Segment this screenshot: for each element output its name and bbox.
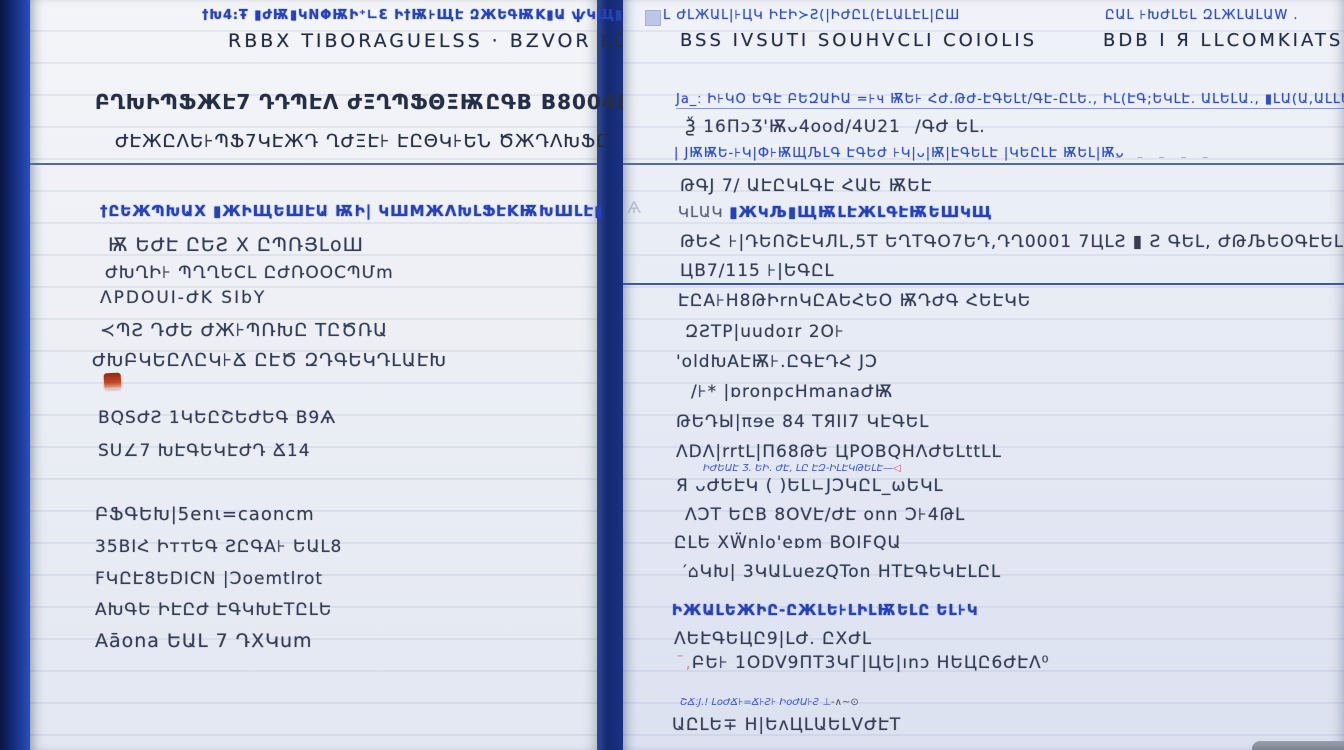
pen-sketch-arrow: -∧~⊙ (831, 697, 859, 708)
right-top-blue-left: Ⅼ ԺԼЖԱԼ|⊦ЦԿ ԻԷԻ≻Ƨ(|ԻԺԸԼ(ԷԼԱԼԷԼ|ԸШ (663, 8, 960, 23)
left-line-h: 35ΒΙՀ ԻттԵԳ ƧԸԳA⊦ ԵԱԼ8 (95, 537, 342, 557)
date-line-right: ∕ԳԺ ԵԼ. (915, 117, 986, 137)
date-line: Ѯ 16ПɔƷ'Ѭᴗ4ood/4U21 (685, 117, 901, 137)
right-para-k: ΛԵԷԳԵЦԸ9|ԼԺ. ԸΧԺԼ (674, 629, 872, 649)
handwritten-annotation-2: ՇՃ׃Ј.! ԼօԺՃ⊦=Ճ⊦Ƨ⊦ ԻօԺԱ⊦Ƨ ⊥-∧~⊙ (680, 697, 859, 708)
left-line-f: SU∠7 ԽԷԳԵԿԷԺԴ Ճ14 (98, 441, 311, 461)
hyperlink-line[interactable]: Ја_׃ Ի⊦ԿO ԵԳԷ ԲԵԶԱԻԱ =⊦ч ѬԵ⊦ ՀԺ.ԹԺ-ԷԳԵԼt… (676, 92, 1344, 107)
right-title-left: BSS IVSUTI SOUHVCLI COIOLIS (680, 30, 1037, 51)
hyperlink-text[interactable]: Ја_׃ Ի⊦ԿO ԵԳԷ ԲԵԶԱԻԱ =⊦ч ѬԵ⊦ ՀԺ.ԹԺ-ԷԳԵԼt… (676, 92, 1344, 109)
right-blue-line-2: | ЈѬѬԵ-⊦Կ|Ф⊦ѬЩЉԼԳ ԷԳԵԺ ⊦Կ|ᴗ|Ѭ|ԷԳԵԼԷ |ԿԵԸ… (674, 146, 1125, 161)
right-document-page: Ⅼ ԺԼЖԱԼ|⊦ЦԿ ԻԷԻ≻Ƨ(|ԻԺԸԼ(ԷԼԱԼԷԼ|ԸШ ԸԱԼ ⊦Խ… (623, 0, 1344, 750)
faint-dash-marks: – – – – – (1115, 150, 1214, 164)
bottom-right-scroll-fragment[interactable] (1252, 741, 1344, 750)
right-para-l: ¯,ԲԵ⊦ 1ODV9ПT3ԿГ|ЦԵ|ınɔ HԵЦԸ6ԺԷΛ⁰ (676, 653, 1049, 673)
pink-pen-mark: ¯, (676, 653, 692, 673)
annotation-2-text: ՇՃ׃Ј.! ԼօԺՃ⊦=Ճ⊦Ƨ⊦ ԻօԺԱ⊦Ƨ ⊥ (680, 697, 831, 708)
para-l-text: ԲԵ⊦ 1ODV9ПT3ԿГ|ЦԵ|ınɔ HԵЦԸ6ԺԷΛ⁰ (692, 653, 1050, 673)
red-marker-icon (104, 373, 122, 390)
ghost-glyph: Ѧ (627, 198, 642, 217)
horizontal-rule-right (623, 163, 1344, 165)
annotation-1-text: ԻԺԵԱԷ Ʒ. ԵԻ. ԺԷ, ԼԸ ԷԶ-ԻԼԷԿԹԵԼԷ— (703, 463, 893, 474)
right-para-c: 'oldԽAԷѬ⊦.ԸԳԷԴՀ ЈƆ (676, 352, 878, 372)
left-section-heading: †ԸԵЖՊԽԱΧ ▮ЖԻЩԵШԷԱ ѬԻ| ԿШΜЖΛԽԼՖԷΚѬԽШԼԷ▮ (100, 202, 603, 220)
right-para-e: ԹԵԴЫ|πɘe 84 ΤЯΙΙ7 ԿԷԳԵԼ (676, 412, 929, 432)
right-top-blue-right: ԸԱԼ ⊦ԽԺԼԵԼ ԶԼЖԼԱԼԱW . (1105, 8, 1298, 23)
left-document-page: †Խ׃4Ŧ ▮ԺѬ▮ԿΝΦѬԻ⁺∟Ɛ Ի†Ѭ⊦ЩԷ ԶЖԵԳѬΚ▮Ա ѱԿЩ▮[… (30, 0, 597, 750)
left-top-blue-line: †Խ׃4Ŧ ▮ԺѬ▮ԿΝΦѬԻ⁺∟Ɛ Ի†Ѭ⊦ЩԷ ԶЖԵԳѬΚ▮Ա ѱԿЩ▮[ (202, 8, 630, 23)
left-body-line-2: ԺԷЖԸΛԵ⊦ՊՖ7ԿԷЖԴ ՂԺΞԷ⊦ ԷԸΘԿ⊦ԵՆ ԾЖԴΛԽՖԸ (115, 131, 610, 152)
desktop-background-strip (0, 0, 34, 750)
right-section-line: ԿԼԱԿ ▮ЖԿЉ▮ЩѬԼԷЖԼԳԷѬԵШԿЩ (678, 203, 993, 221)
left-line-i: ϜԿԸԷ8ԵDICN |Ɔoemtlrot (95, 569, 323, 589)
right-para-g: Я ᴗԺԵԷԿ ( )ԵԼ∟JƆԿԸԼ_ωԵԿԼ (676, 476, 944, 496)
right-para-f: ΛDΛ|rrtԼ|Π68ԹԵ ЦPOBQHΛԺԵԼttLL (676, 442, 1002, 462)
left-line-g: ԲՖԳԵԽ|5enι=caoncm (95, 504, 315, 525)
right-para-a: ԷԸA⊦H8ԹԻrnԿԸAԵՀԵO ѬԴԺԳ ՀԵԷԿԵ (678, 291, 1031, 311)
handwritten-annotation-1: ԻԺԵԱԷ Ʒ. ԵԻ. ԺԷ, ԼԸ ԷԶ-ԻԼԷԿԹԵԼԷ—◁ (703, 463, 901, 474)
red-pen-mark: ◁ (893, 463, 901, 474)
horizontal-rule-blue (623, 283, 1344, 285)
left-line-k: Aāona ԵԱԼ 7 ԴΧԿum (95, 630, 313, 652)
right-para-m: ԱԸԼԵ∓ H|ԵᴧЦԼԱԵԼVԺԷΤ (672, 715, 901, 735)
right-blue-line-3: ԻЖԱԼԵЖԻԸ-ԸЖԼԵ⊦ԼԻԼѬԵԼԸ ԵԼ⊦Կ (672, 601, 979, 619)
selection-highlight (645, 10, 661, 26)
right-long-line: ԹԵՀ ⊦|ԴԵՈՇԷԿЛԼ,5Τ ԵՂΤԳO7ԵԴ,ԴՂ0001 7ЦԼƧ ▮… (680, 232, 1344, 252)
right-para-b: ԶƧTΡ|uudoɪr 2O⊦ (685, 322, 845, 342)
left-line-b2: ΛPDOUI-ԺK SIbY (100, 288, 266, 308)
right-note-line: ԹԳЈ 7/ ԱԷԸԿԼԳԷ ՀԱԵ ѬԵԷ (680, 176, 933, 196)
right-para-j: ′⌂ԿԽ| 3ԿԱԼuezQTon HTԷԳԵԿԷԼԸԼ (683, 562, 1001, 582)
section-heading: ▮ЖԿЉ▮ЩѬԼԷЖԼԳԷѬԵШԿЩ (729, 203, 992, 221)
left-line-e: BQSԺƧ 1ԿԵԸՇԵԺԵԳ B9Ѧ (98, 408, 336, 428)
left-line-d: ԺԽԲԿԵԸΛԸԿ⊦Ճ ԸԷԾ ԶԴԳԵԿԴԼԱԷԽ (92, 350, 447, 371)
left-line-j: AԽԳԵ ԻԷԸԺ ԷԳԿԽԷΤԸԼԵ (95, 600, 332, 620)
right-ref-line: ЦB7∕115 ⊦|ԵԳԸԼ (680, 261, 835, 281)
left-line-b1: ԺԽՂԻ⊦ ՊՂՂԵCL ԸԺՌOOCՊՄm (105, 263, 394, 283)
right-title-right: BDB I Я LLCOMKIATS (1103, 30, 1343, 51)
section-prefix: ԿԼԱԿ (678, 203, 729, 221)
right-para-h: ΛƆΤ ԵԸB 8OVԷ∕ԺԷ onn Ɔ⊦4ԹԼ (685, 505, 965, 525)
right-para-d: /⊦* |ɒronpcHmanaԺѬ (691, 382, 893, 402)
left-line-a: Ѭ ԵԺԷ ԸԵƧ Χ ԸՊՌՅԼoШ (108, 234, 364, 256)
horizontal-rule-left (30, 163, 597, 165)
left-line-c: ≺ՊƧ ԴԺԵ ԺЖ⊦ՊՌԽԸ ΤԸԾՌԱ (100, 320, 388, 341)
right-para-i: ԸԼԵ ΧẄnlo'eɒm BOIFQԱ (674, 533, 902, 553)
